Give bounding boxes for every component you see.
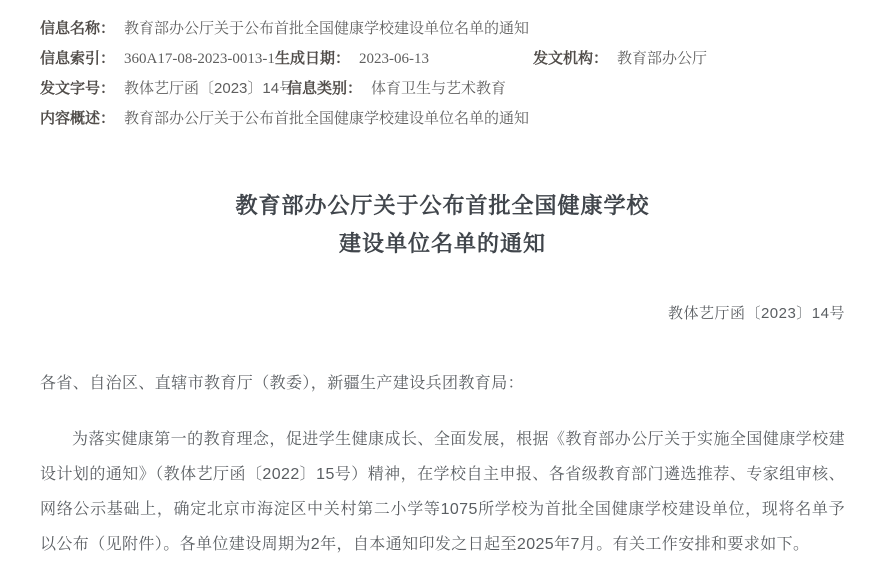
meta-cell-summary: 内容概述： 教育部办公厅关于公布首批全国健康学校建设单位名单的通知 (40, 104, 529, 134)
meta-cell-docno: 发文字号： 教体艺厅函〔2023〕14号 (40, 74, 287, 104)
meta-label-summary: 内容概述： (40, 104, 115, 134)
document-title-line2: 建设单位名单的通知 (40, 225, 845, 263)
meta-value-name: 教育部办公厅关于公布首批全国健康学校建设单位名单的通知 (124, 14, 529, 44)
meta-value-org: 教育部办公厅 (617, 44, 707, 74)
document-page: 信息名称： 教育部办公厅关于公布首批全国健康学校建设单位名单的通知 信息索引： … (0, 0, 871, 562)
meta-row-summary: 内容概述： 教育部办公厅关于公布首批全国健康学校建设单位名单的通知 (40, 104, 845, 134)
document-title-line1: 教育部办公厅关于公布首批全国健康学校 (40, 187, 845, 225)
meta-label-docno: 发文字号： (40, 74, 115, 104)
meta-value-summary: 教育部办公厅关于公布首批全国健康学校建设单位名单的通知 (124, 104, 529, 134)
meta-label-index: 信息索引： (40, 44, 115, 74)
meta-cell-name: 信息名称： 教育部办公厅关于公布首批全国健康学校建设单位名单的通知 (40, 14, 529, 44)
document-number: 教体艺厅函〔2023〕14号 (40, 302, 845, 323)
meta-label-name: 信息名称： (40, 14, 115, 44)
meta-label-category: 信息类别： (287, 74, 362, 104)
body-paragraph: 为落实健康第一的教育理念，促进学生健康成长、全面发展，根据《教育部办公厅关于实施… (40, 422, 845, 562)
meta-row-name: 信息名称： 教育部办公厅关于公布首批全国健康学校建设单位名单的通知 (40, 14, 845, 44)
salutation-line: 各省、自治区、直辖市教育厅（教委），新疆生产建设兵团教育局： (40, 370, 845, 393)
meta-cell-org: 发文机构： 教育部办公厅 (533, 44, 707, 74)
meta-label-date: 生成日期： (275, 44, 350, 74)
document-title: 教育部办公厅关于公布首批全国健康学校 建设单位名单的通知 (40, 187, 845, 263)
meta-row-index-date-org: 信息索引： 360A17-08-2023-0013-1 生成日期： 2023-0… (40, 44, 845, 74)
meta-value-date: 2023-06-13 (359, 44, 429, 74)
meta-label-org: 发文机构： (533, 44, 608, 74)
meta-value-index: 360A17-08-2023-0013-1 (124, 44, 275, 74)
meta-cell-date: 生成日期： 2023-06-13 (275, 44, 533, 74)
meta-cell-category: 信息类别： 体育卫生与艺术教育 (287, 74, 506, 104)
meta-value-docno: 教体艺厅函〔2023〕14号 (124, 74, 294, 104)
meta-value-category: 体育卫生与艺术教育 (371, 74, 506, 104)
document-meta: 信息名称： 教育部办公厅关于公布首批全国健康学校建设单位名单的通知 信息索引： … (40, 14, 845, 134)
meta-cell-index: 信息索引： 360A17-08-2023-0013-1 (40, 44, 275, 74)
meta-row-docno-category: 发文字号： 教体艺厅函〔2023〕14号 信息类别： 体育卫生与艺术教育 (40, 74, 845, 104)
